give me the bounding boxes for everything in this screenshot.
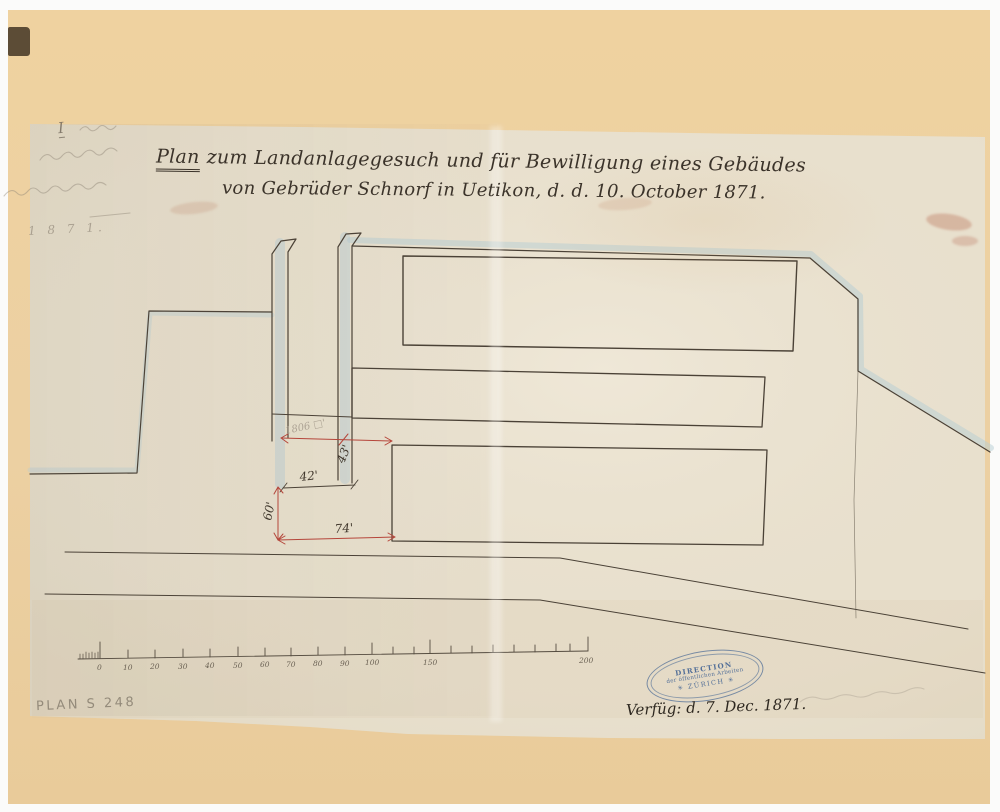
vertical-fold-highlight [490, 126, 502, 722]
sheet-left-shading [30, 124, 497, 716]
scale-label: 200 [578, 656, 594, 665]
title-plan-word: Plan [156, 145, 200, 172]
stamp-line2: der öffentlichen Arbeiten [666, 667, 744, 685]
stamp-line3: ✳ ZÜRICH ✳ [677, 675, 736, 692]
stamp-line1: DIRECTION [675, 660, 734, 678]
scanned-plan-document: 0 10 20 30 40 50 60 70 80 90 100 150 200 [0, 0, 1000, 812]
red-smudge [952, 236, 978, 246]
